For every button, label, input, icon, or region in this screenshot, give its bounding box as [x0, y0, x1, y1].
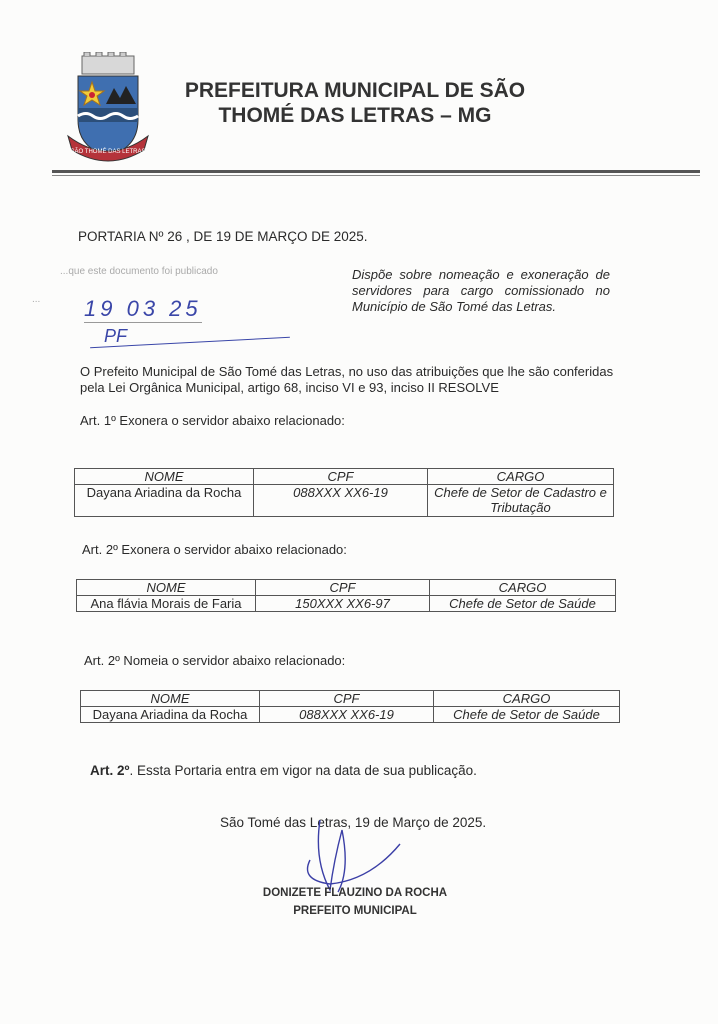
- signer-name: DONIZETE FLAUZINO DA ROCHA: [240, 884, 470, 902]
- article-2-text: Art. 2º Exonera o servidor abaixo relaci…: [82, 542, 347, 557]
- cell-nome: Dayana Ariadina da Rocha: [81, 707, 260, 723]
- header-cargo: CARGO: [430, 580, 616, 596]
- portaria-heading: PORTARIA Nº 26 , DE 19 DE MARÇO DE 2025.: [78, 229, 368, 244]
- cell-cpf: 150XXX XX6-97: [256, 596, 430, 612]
- header-divider-thin: [52, 175, 700, 176]
- ementa: Dispõe sobre nomeação e exoneração de se…: [352, 267, 610, 315]
- cell-cargo: Chefe de Setor de Saúde: [434, 707, 620, 723]
- header-cpf: CPF: [260, 691, 434, 707]
- stamp-text: ...que este documento foi publicado: [60, 266, 218, 277]
- cell-cargo: Chefe de Setor de Cadastro e Tributação: [428, 485, 614, 517]
- signer-role: PREFEITO MUNICIPAL: [240, 902, 470, 920]
- article-2-table: NOME CPF CARGO Ana flávia Morais de Fari…: [76, 579, 616, 612]
- cell-cpf: 088XXX XX6-19: [260, 707, 434, 723]
- cell-cpf: 088XXX XX6-19: [254, 485, 428, 517]
- article-3-text: Art. 2º Nomeia o servidor abaixo relacio…: [84, 653, 345, 668]
- page-title: PREFEITURA MUNICIPAL DE SÃO THOMÉ DAS LE…: [170, 78, 540, 128]
- header-nome: NOME: [81, 691, 260, 707]
- svg-text:SÃO THOMÉ DAS LETRAS: SÃO THOMÉ DAS LETRAS: [71, 148, 146, 155]
- stamp-date: 19 03 25: [84, 296, 202, 323]
- header-nome: NOME: [77, 580, 256, 596]
- preamble: O Prefeito Municipal de São Tomé das Let…: [80, 364, 620, 396]
- stamp-initials: PF: [104, 326, 127, 347]
- header-cargo: CARGO: [428, 469, 614, 485]
- header-divider: [52, 170, 700, 173]
- final-article-text: . Essta Portaria entra em vigor na data …: [129, 763, 476, 778]
- final-article: Art. 2º. Essta Portaria entra em vigor n…: [90, 763, 477, 778]
- cell-nome: Ana flávia Morais de Faria: [77, 596, 256, 612]
- title-line-1: PREFEITURA MUNICIPAL DE SÃO: [170, 78, 540, 103]
- header-cargo: CARGO: [434, 691, 620, 707]
- article-1-table: NOME CPF CARGO Dayana Ariadina da Rocha …: [74, 468, 614, 517]
- cell-nome: Dayana Ariadina da Rocha: [75, 485, 254, 517]
- publication-stamp: ...que este documento foi publicado ... …: [30, 262, 290, 352]
- article-3-table: NOME CPF CARGO Dayana Ariadina da Rocha …: [80, 690, 620, 723]
- cell-cargo: Chefe de Setor de Saúde: [430, 596, 616, 612]
- article-1-text: Art. 1º Exonera o servidor abaixo relaci…: [80, 413, 345, 428]
- signer-block: DONIZETE FLAUZINO DA ROCHA PREFEITO MUNI…: [240, 884, 470, 920]
- header-cpf: CPF: [256, 580, 430, 596]
- municipal-crest-logo: SÃO THOMÉ DAS LETRAS: [66, 52, 150, 164]
- header-cpf: CPF: [254, 469, 428, 485]
- title-line-2: THOMÉ DAS LETRAS – MG: [170, 103, 540, 128]
- header-nome: NOME: [75, 469, 254, 485]
- final-article-label: Art. 2º: [90, 763, 129, 778]
